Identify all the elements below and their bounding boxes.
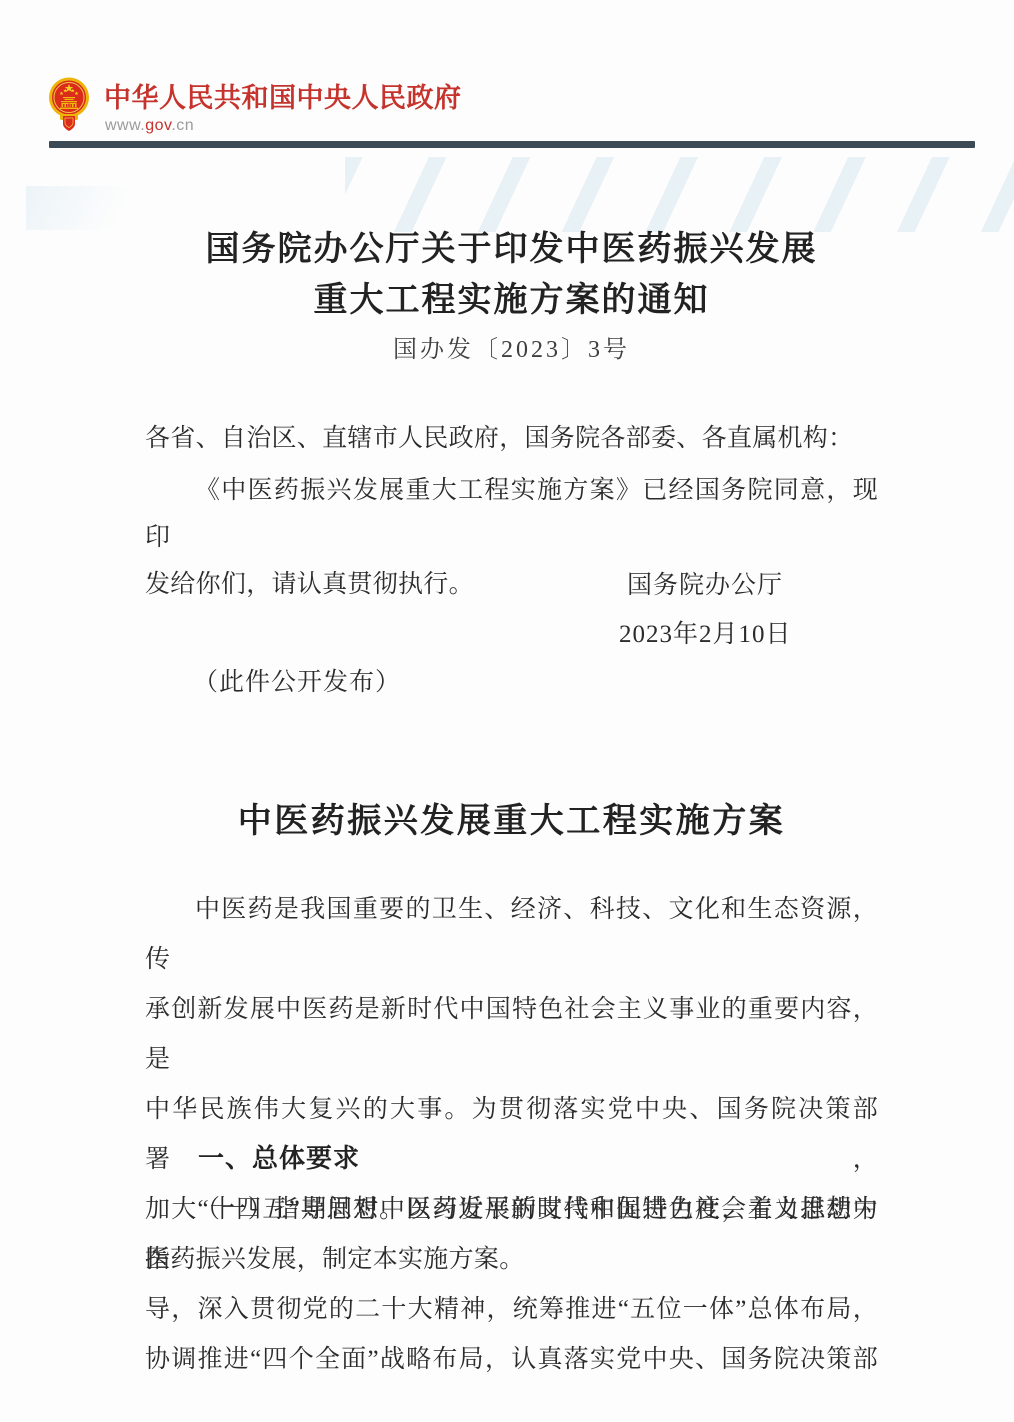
guiding-ideology-paragraph: （一）指导思想。以习近平新时代中国特色社会主义思想为指导，深入贯彻党的二十大精神… (145, 1185, 878, 1385)
text-line: 导，深入贯彻党的二十大精神，统筹推进“五位一体”总体布局， (145, 1285, 878, 1335)
national-emblem-icon[interactable] (48, 77, 90, 134)
page: 中华人民共和国中央人民政府 www.gov.cn 国务院办公厅关于印发中医药振兴… (0, 0, 1014, 1422)
watermark-pattern (26, 186, 161, 230)
notice-title-line2: 重大工程实施方案的通知 (145, 275, 878, 326)
document-body: 国务院办公厅关于印发中医药振兴发展 重大工程实施方案的通知 国办发〔2023〕3… (145, 0, 878, 1422)
salutation-line: 各省、自治区、直辖市人民政府，国务院各部委、各直属机构： (145, 414, 878, 464)
section-1-heading: 一、总体要求 (198, 1144, 360, 1174)
signature-date: 2023年2月10日 (619, 621, 792, 649)
document-number: 国办发〔2023〕3号 (145, 336, 878, 364)
plan-title: 中医药振兴发展重大工程实施方案 (145, 800, 878, 844)
text-line: 承创新发展中医药是新时代中国特色社会主义事业的重要内容，是 (145, 985, 878, 1085)
signature-office: 国务院办公厅 (627, 572, 783, 600)
notice-title: 国务院办公厅关于印发中医药振兴发展 重大工程实施方案的通知 (145, 224, 878, 326)
text-line: （一）指导思想。以习近平新时代中国特色社会主义思想为指 (145, 1185, 878, 1285)
notice-title-line1: 国务院办公厅关于印发中医药振兴发展 (145, 224, 878, 275)
text-line: 协调推进“四个全面”战略布局，认真落实党中央、国务院决策部 (145, 1335, 878, 1385)
public-release-note: （此件公开发布） (193, 669, 401, 697)
url-www: www. (105, 117, 145, 134)
text-line: 中医药是我国重要的卫生、经济、科技、文化和生态资源，传 (145, 885, 878, 985)
text-line: 《中医药振兴发展重大工程实施方案》已经国务院同意，现印 (145, 467, 878, 561)
